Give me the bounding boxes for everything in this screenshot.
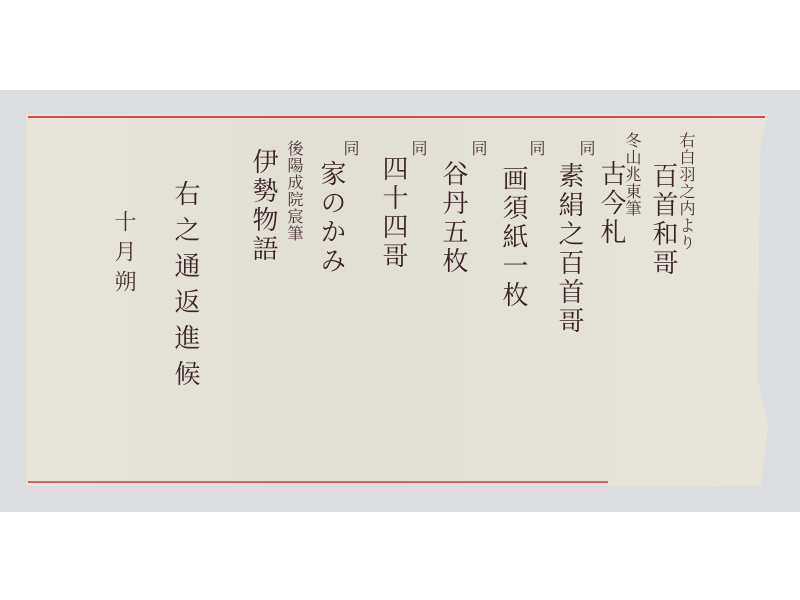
bottom-red-rule <box>28 481 608 483</box>
closing-line: 右之通返進候 <box>172 180 198 396</box>
ditto-mark: 同 <box>578 140 594 159</box>
calligraphy-column: 右白羽之内より <box>678 132 694 251</box>
calligraphy-column: 冬山兆東筆 <box>624 132 640 217</box>
ditto-mark: 同 <box>342 140 358 159</box>
calligraphy-column: 古今札 <box>598 160 624 247</box>
calligraphy-column: 四十四哥 <box>380 155 406 271</box>
ditto-mark: 同 <box>470 140 486 159</box>
calligraphy-column: 百首和哥 <box>650 162 676 278</box>
calligraphy-column: 後陽成院宸筆 <box>286 140 302 242</box>
calligraphy-column: 素絹之百首哥 <box>556 162 582 336</box>
calligraphy-column: 伊勢物語 <box>250 148 276 264</box>
calligraphy-column: 谷丹五枚 <box>440 160 466 276</box>
top-red-rule <box>28 116 765 118</box>
ditto-mark: 同 <box>528 140 544 159</box>
date-signature: 十月朔 <box>112 210 134 300</box>
calligraphy-column: 家のかみ <box>318 160 344 276</box>
ditto-mark: 同 <box>410 140 426 159</box>
calligraphy-column: 画須紙一枚 <box>500 165 526 310</box>
